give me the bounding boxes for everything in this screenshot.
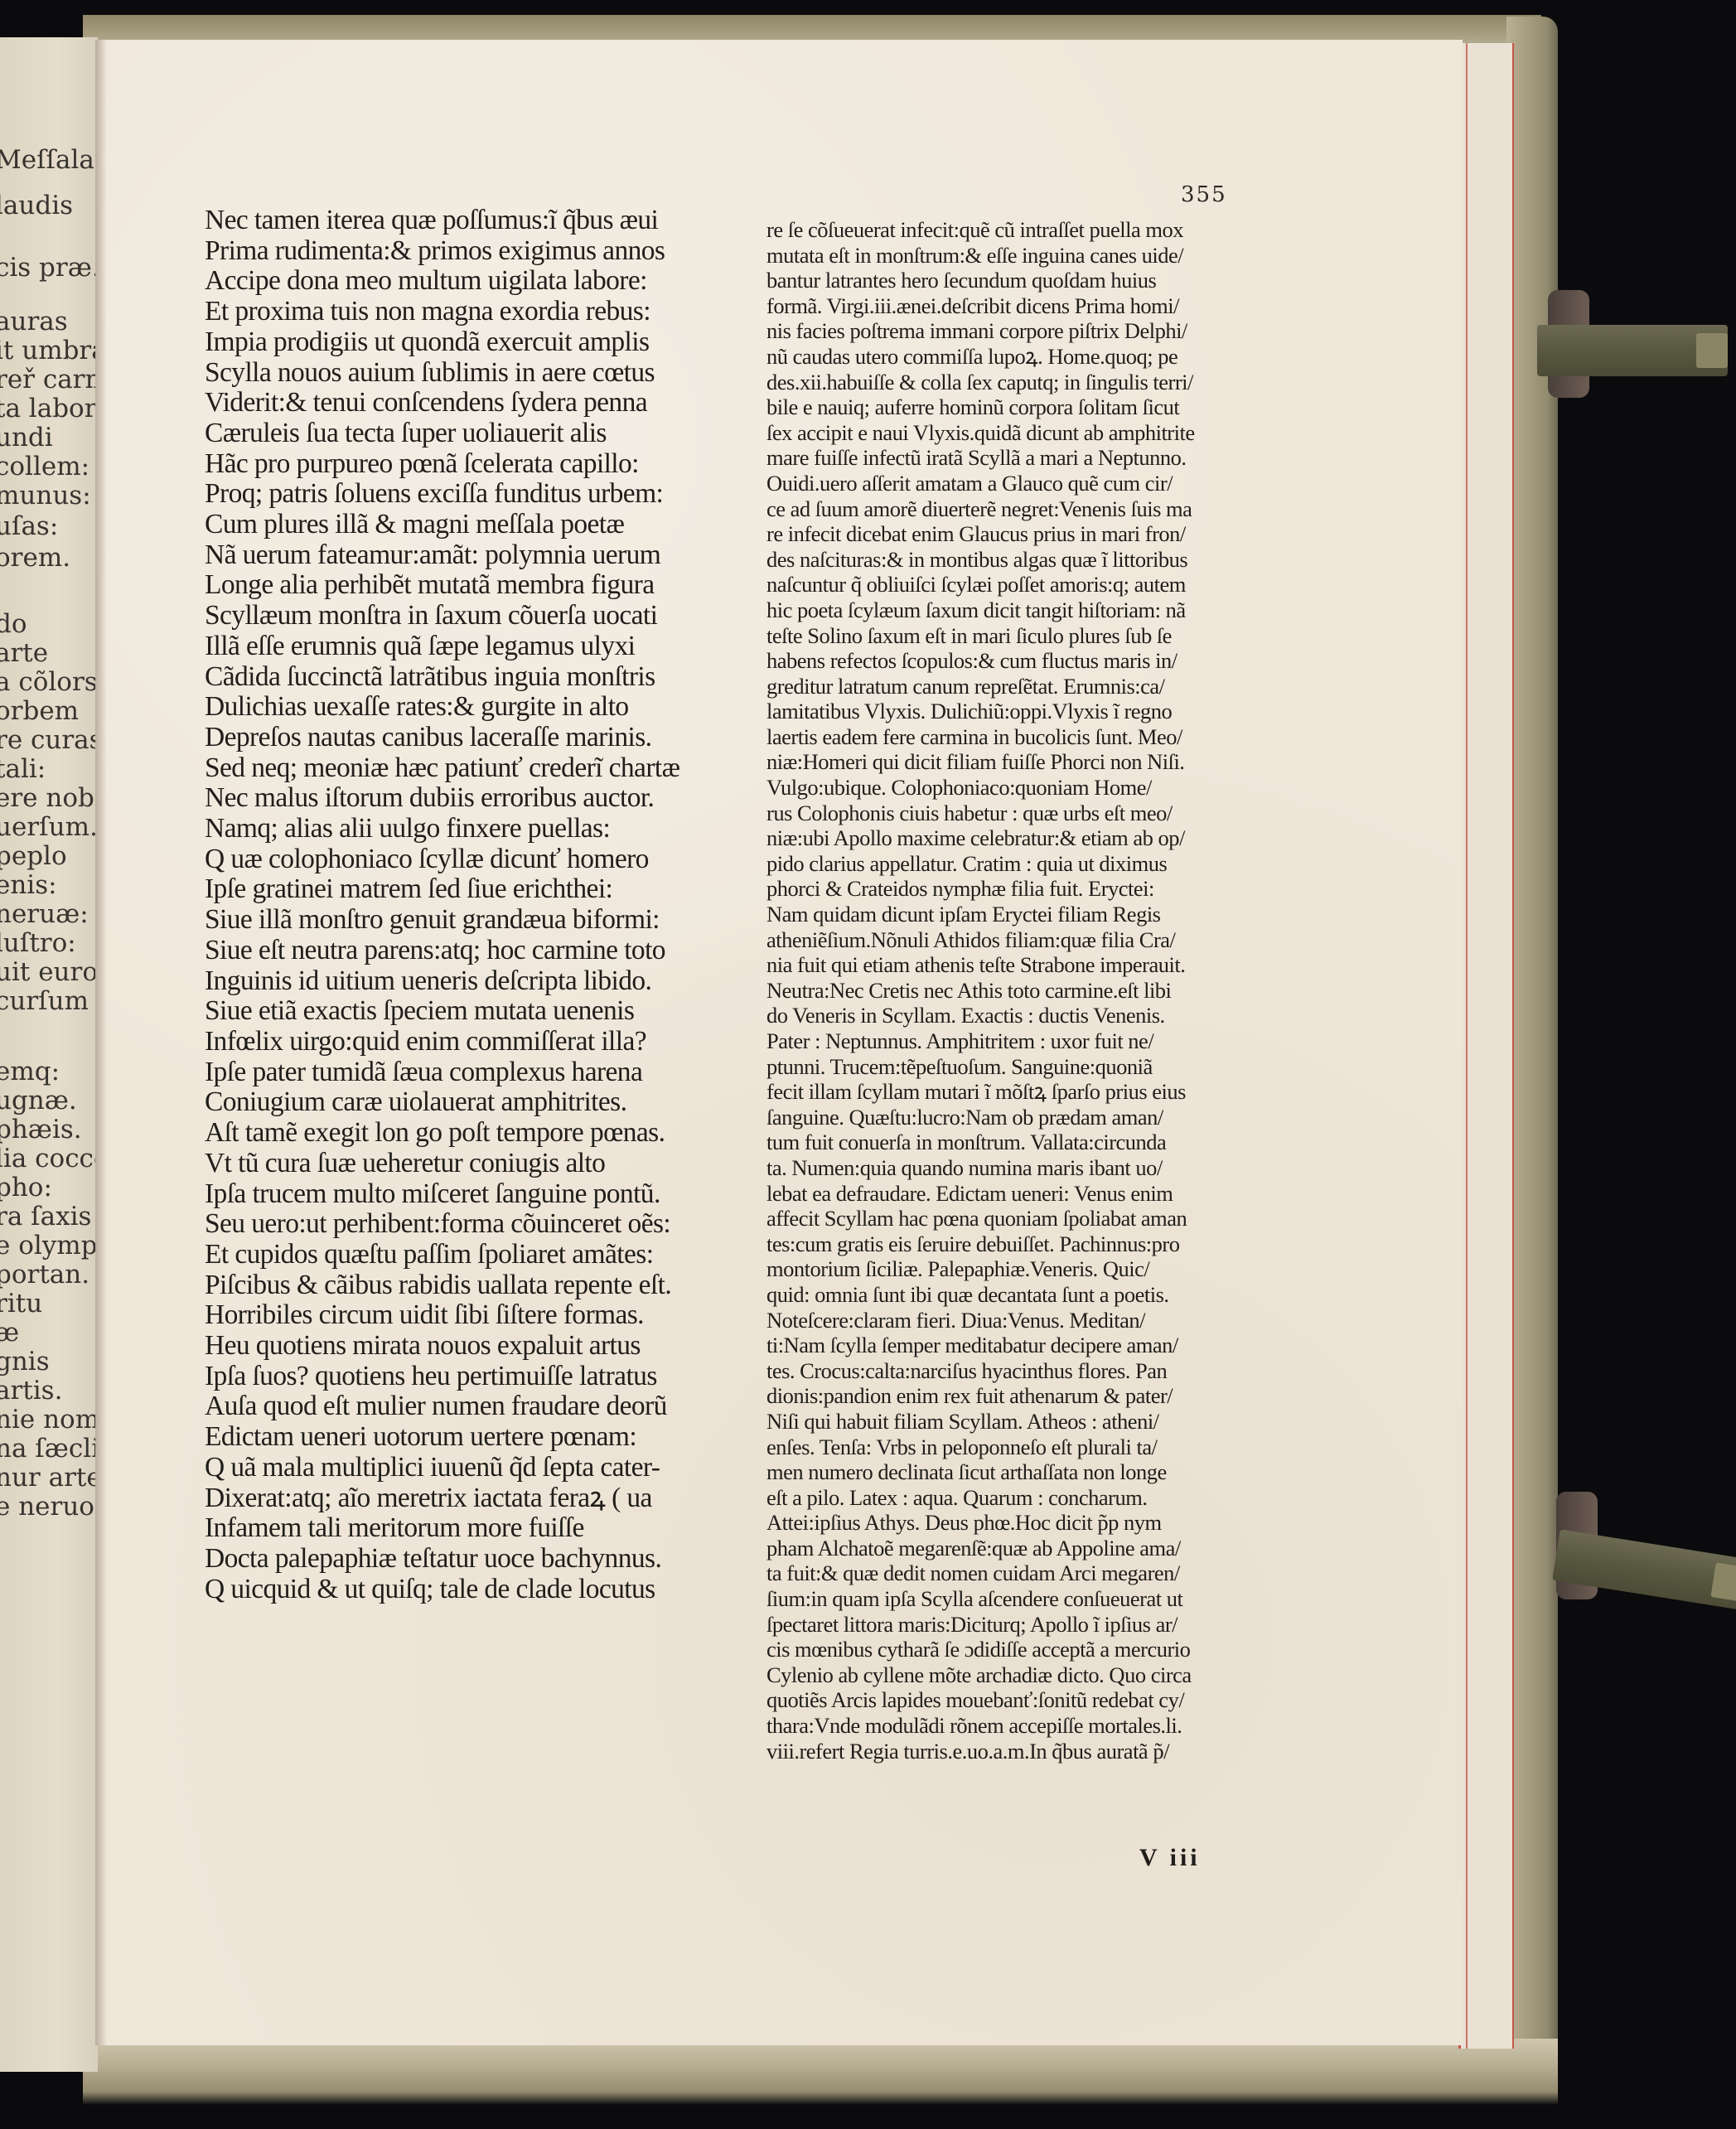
commentary-line: enſes. Tenſa: Vrbs in peloponneſo eſt pl…: [766, 1435, 1293, 1460]
commentary-line: ſpectaret littora maris:Diciturq; Apollo…: [766, 1612, 1293, 1638]
facing-page-line: tali:: [0, 754, 46, 784]
facing-page-line: ritu: [0, 1289, 42, 1319]
verse-line: Nã uerum fateamur:amãt: polymnia uerum: [205, 540, 752, 571]
verse-line: Nec tamen iterea quæ poſſumus:ĩ q̃bus æu…: [205, 206, 752, 236]
commentary-line: do Veneris in Scyllam. Exactis : ductis …: [766, 1003, 1293, 1028]
verse-line: Inguinis id uitium ueneris deſcripta lib…: [205, 966, 752, 997]
commentary-line: ce ad ſuum amorẽ diuerterẽ negret:Veneni…: [766, 496, 1293, 522]
verse-line: Infœlix uirgo:quid enim commiſſerat illa…: [205, 1027, 752, 1057]
facing-page-line: orem.: [0, 543, 70, 573]
commentary-line: lebat ea defraudare. Edictam ueneri: Ven…: [766, 1181, 1293, 1207]
verse-line: Q uã mala multiplici iuuenũ q̃d ſepta ca…: [205, 1453, 752, 1483]
commentary-line: mutata eſt in monſtrum:& eſſe inguina ca…: [766, 243, 1293, 269]
commentary-line: nis facies poſtrema immani corpore piſtr…: [766, 318, 1293, 344]
commentary-line: niæ:ubi Apollo maxime celebratur:& etiam…: [766, 825, 1293, 851]
commentary-line: ſanguine. Quæſtu:lucro:Nam ob prædam ama…: [766, 1105, 1293, 1130]
facing-page-line: ugnæ.: [0, 1086, 77, 1115]
commentary-line: niæ:Homeri qui dicit filiam fuiſſe Phorc…: [766, 749, 1293, 775]
facing-page-line: arte: [0, 638, 48, 668]
facing-page-line: a cõlors:: [0, 667, 106, 697]
commentary-line: tes. Crocus:calta:narciſus hyacinthus fl…: [766, 1358, 1293, 1384]
verse-line: Q uicquid & ut quiſq; tale de clade locu…: [205, 1575, 752, 1605]
commentary-line: pido clarius appellatur. Cratim : quia u…: [766, 851, 1293, 877]
commentary-line: thara:Vnde modulãdi rõnem accepiſſe mort…: [766, 1713, 1293, 1739]
facing-page-line: ra ſaxis: [0, 1202, 91, 1231]
commentary-line: Noteſcere:claram fieri. Diua:Venus. Medi…: [766, 1308, 1293, 1333]
commentary-line: ti:Nam ſcylla ſemper meditabatur deciper…: [766, 1333, 1293, 1358]
commentary-line: nia fuit qui etiam athenis teſte Strabon…: [766, 952, 1293, 978]
facing-page-line: gnis: [0, 1347, 50, 1377]
verse-line: Coniugium caræ uiolauerat amphitrites.: [205, 1087, 752, 1118]
verse-line: Longe alia perhibẽt mutatã membra figura: [205, 570, 752, 601]
verse-line: Aſt tamẽ exegit lon go poſt tempore pœna…: [205, 1118, 752, 1149]
verse-line: Heu quotiens mirata nouos expaluit artus: [205, 1331, 752, 1362]
commentary-line: affecit Scyllam hac pœna quoniam ſpoliab…: [766, 1206, 1293, 1231]
verse-line: Viderit:& tenui conſcendens ſydera penna: [205, 388, 752, 419]
verse-line: Piſcibus & cãibus rabidis uallata repent…: [205, 1270, 752, 1301]
facing-page-line: re curas.: [0, 725, 110, 755]
verse-line: Accipe dona meo multum uigilata labore:: [205, 266, 752, 297]
commentary-line: nũ caudas utero commiſſa lupoꝝ. Home.quo…: [766, 344, 1293, 370]
verse-line: Proq; patris ſoluens exciſſa funditus ur…: [205, 479, 752, 510]
commentary-line: Nam quidam dicunt ipſam Eryctei filiam R…: [766, 902, 1293, 927]
commentary-line: viii.refert Regia turris.e.uo.a.m.In q̃b…: [766, 1739, 1293, 1764]
facing-page-line: phæis.: [0, 1115, 82, 1144]
commentary-line: des.xii.habuiſſe & colla ſex caputq; in …: [766, 370, 1293, 395]
verse-line: Prima rudimenta:& primos exigimus annos: [205, 236, 752, 267]
facing-page-line: do: [0, 609, 27, 639]
commentary-line: quotiẽs Arcis lapides mouebanť:ſonitũ re…: [766, 1687, 1293, 1713]
commentary-line: tes:cum gratis eis ſeruire debuiſſet. Pa…: [766, 1231, 1293, 1257]
commentary-line: eſt a pilo. Latex : aqua. Quarum : conch…: [766, 1485, 1293, 1511]
commentary-line: ta fuit:& quæ dedit nomen cuidam Arci me…: [766, 1560, 1293, 1586]
verse-line: Dixerat:atq; aĩo meretrix iactata feraꝝ …: [205, 1483, 752, 1514]
verse-column: Nec tamen iterea quæ poſſumus:ĩ q̃bus æu…: [205, 206, 752, 1604]
verse-line: Siue illã monſtro genuit grandæua biform…: [205, 905, 752, 936]
commentary-line: rus Colophonis ciuis habetur : quæ urbs …: [766, 801, 1293, 826]
facing-page-line: pho:: [0, 1173, 52, 1202]
commentary-line: Ouidi.uero aſſerit amatam a Glauco quẽ c…: [766, 471, 1293, 496]
facing-page-line: neruæ:: [0, 899, 89, 929]
facing-page-line: munus:: [0, 481, 91, 510]
commentary-line: teſte Solino ſaxum eſt in mari ſiculo pl…: [766, 623, 1293, 649]
commentary-column: re ſe cõſueuerat infecit:quẽ cũ intraſſe…: [766, 217, 1293, 1764]
book-cover-bottom-edge: [83, 2039, 1558, 2105]
commentary-line: dionis:pandion enim rex fuit athenarum &…: [766, 1383, 1293, 1409]
commentary-line: Niſi qui habuit filiam Scyllam. Atheos :…: [766, 1409, 1293, 1435]
commentary-line: montorium ſiciliæ. Palepaphiæ.Veneris. Q…: [766, 1256, 1293, 1282]
facing-page-line: peplo: [0, 841, 67, 871]
verse-line: Ipſe pater tumidã ſæua complexus harena: [205, 1057, 752, 1088]
facing-page-line: orbem: [0, 696, 79, 726]
commentary-line: des naſcituras:& in montibus algas quæ ĩ…: [766, 547, 1293, 573]
clasp-upper-icon: [1537, 325, 1728, 376]
verse-line: Ipſa trucem multo miſceret ſanguine pont…: [205, 1179, 752, 1210]
verse-line: Ipſe gratinei matrem ſed ſiue erichthei:: [205, 874, 752, 905]
verse-line: Auſa quod eſt mulier numen fraudare deor…: [205, 1391, 752, 1422]
verse-line: Vt tũ cura ſuæ ueheretur coniugis alto: [205, 1149, 752, 1179]
verse-line: Namq; alias alii uulgo finxere puellas:: [205, 814, 752, 844]
commentary-line: Vulgo:ubique. Colophoniaco:quoniam Home/: [766, 775, 1293, 801]
facing-page-line: artis.: [0, 1376, 62, 1406]
commentary-line: lamitatibus Vlyxis. Dulichiũ:oppi.Vlyxis…: [766, 699, 1293, 724]
commentary-line: bantur latrantes hero ſecundum quoſdam h…: [766, 268, 1293, 293]
facing-page-line: uit euro:: [0, 957, 106, 987]
commentary-line: ſex accipit e naui Vlyxis.quidã dicunt a…: [766, 420, 1293, 446]
facing-page-line: laudis: [0, 191, 73, 220]
facing-page-line: uerſum.: [0, 812, 98, 842]
commentary-line: hic poeta ſcylæum ſaxum dicit tangit hiſ…: [766, 598, 1293, 623]
commentary-line: bile e nauiq; auferre hominũ corpora ſol…: [766, 394, 1293, 420]
facing-page-fragment: Meſſalam.laudiscis præ.aurasit umbras:re…: [0, 37, 98, 2072]
signature-mark: V iii: [1139, 1844, 1201, 1872]
commentary-line: tum fuit conuerſa in monſtrum. Vallata:c…: [766, 1130, 1293, 1155]
commentary-line: fecit illam ſcyllam mutari ĩ mõſtꝝ ſparſ…: [766, 1079, 1293, 1105]
commentary-line: ta. Numen:quia quando numina maris ibant…: [766, 1155, 1293, 1181]
verse-line: Et proxima tuis non magna exordia rebus:: [205, 297, 752, 327]
facing-page-line: collem:: [0, 452, 89, 481]
verse-line: Seu uero:ut perhibent:forma cõuinceret o…: [205, 1209, 752, 1240]
facing-page-line: æ: [0, 1318, 19, 1348]
commentary-line: quid: omnia ſunt ibi quæ decantata ſunt …: [766, 1282, 1293, 1308]
commentary-line: formã. Virgi.iii.ænei.deſcribit dicens P…: [766, 293, 1293, 319]
commentary-line: ptunni. Trucem:tẽpeſtuoſum. Sanguine:quo…: [766, 1054, 1293, 1080]
commentary-line: Pater : Neptunnus. Amphitritem : uxor fu…: [766, 1028, 1293, 1054]
red-page-edges: [1458, 43, 1514, 2049]
verse-line: Scylla nouos auium ſublimis in aere cœtu…: [205, 358, 752, 389]
verse-line: Depreſos nautas canibus laceraſſe marini…: [205, 723, 752, 753]
verse-line: Cãdida ſuccinctã latrãtibus inguia monſt…: [205, 662, 752, 693]
commentary-line: mare fuiſſe infectũ iratã Scyllã a mari …: [766, 445, 1293, 471]
verse-line: Siue eſt neutra parens:atq; hoc carmine …: [205, 936, 752, 966]
verse-line: Ipſa ſuos? quotiens heu pertimuiſſe latr…: [205, 1362, 752, 1392]
commentary-line: men numero declinata ſicut arthaſſata no…: [766, 1459, 1293, 1485]
verse-line: Cum plures illã & magni meſſala poetæ: [205, 510, 752, 540]
verse-line: Dulichias uexaſſe rates:& gurgite in alt…: [205, 692, 752, 723]
verse-line: Siue etiã exactis ſpeciem mutata uenenis: [205, 996, 752, 1027]
verse-line: Illã eſſe erumnis quã ſæpe legamus ulyxi: [205, 631, 752, 662]
verse-line: Docta palepaphiæ teſtatur uoce bachynnus…: [205, 1544, 752, 1575]
commentary-line: atheniẽſium.Nõnuli Athidos filiam:quæ fi…: [766, 927, 1293, 953]
verse-line: Nec malus iſtorum dubiis erroribus aucto…: [205, 783, 752, 814]
commentary-line: re infecit dicebat enim Glaucus prius in…: [766, 521, 1293, 547]
verse-line: Et cupidos quæſtu paſſim ſpoliaret amãte…: [205, 1240, 752, 1270]
commentary-line: pham Alchatoẽ megarenſẽ:quæ ab Appoline …: [766, 1536, 1293, 1561]
facing-page-line: cis præ.: [0, 253, 100, 283]
facing-page-line: enis:: [0, 870, 57, 900]
verse-line: Hãc pro purpureo pœnã ſcelerata capillo:: [205, 449, 752, 480]
gutter-shadow: [95, 40, 107, 2045]
facing-page-line: undi: [0, 423, 53, 452]
verse-line: Scyllæum monſtra in ſaxum cõuerſa uocati: [205, 601, 752, 631]
commentary-line: ſium:in quam ipſa Scylla aſcendere conſu…: [766, 1586, 1293, 1612]
verse-line: Cæruleis ſua tecta ſuper uoliauerit alis: [205, 419, 752, 449]
facing-page-line: portan.: [0, 1260, 89, 1289]
verse-line: Impia prodigiis ut quondã exercuit ampli…: [205, 327, 752, 358]
commentary-line: naſcuntur q̃ obliuiſci ſcylæi poſſet amo…: [766, 572, 1293, 598]
folio-number: 355: [1181, 182, 1227, 207]
verse-line: Infamem tali meritorum more fuiſſe: [205, 1513, 752, 1544]
verse-line: Horribiles circum uidit ſibi ſiſtere for…: [205, 1300, 752, 1331]
facing-page-line: curſum: [0, 986, 89, 1016]
facing-page-line: luſtro:: [0, 928, 76, 958]
facing-page-line: emq:: [0, 1057, 60, 1086]
commentary-line: re ſe cõſueuerat infecit:quẽ cũ intraſſe…: [766, 217, 1293, 243]
verse-line: Edictam ueneri uotorum uertere pœnam:: [205, 1422, 752, 1453]
commentary-line: Cylenio ab cyllene mõte archadiæ dicto. …: [766, 1662, 1293, 1688]
commentary-line: habens refectos ſcopulos:& cum fluctus m…: [766, 648, 1293, 674]
facing-page-line: auras: [0, 307, 68, 336]
commentary-line: cis mœnibus cytharã ſe ɔdidiſſe acceptã …: [766, 1637, 1293, 1662]
commentary-line: phorci & Crateidos nymphæ filia fuit. Er…: [766, 876, 1293, 902]
commentary-line: greditur latratum canum repreſẽtat. Erum…: [766, 674, 1293, 699]
verse-line: Sed neq; meoniæ hæc patiunť crederĩ char…: [205, 753, 752, 784]
facing-page-line: uſas:: [0, 511, 58, 541]
commentary-line: Neutra:Nec Cretis nec Athis toto carmine…: [766, 978, 1293, 1004]
commentary-line: laertis eadem fere carmina in bucolicis …: [766, 724, 1293, 750]
verse-line: Q uæ colophoniaco ſcyllæ dicunť homero: [205, 844, 752, 875]
commentary-line: Attei:ipſius Athys. Deus phœ.Hoc dicit p…: [766, 1510, 1293, 1536]
